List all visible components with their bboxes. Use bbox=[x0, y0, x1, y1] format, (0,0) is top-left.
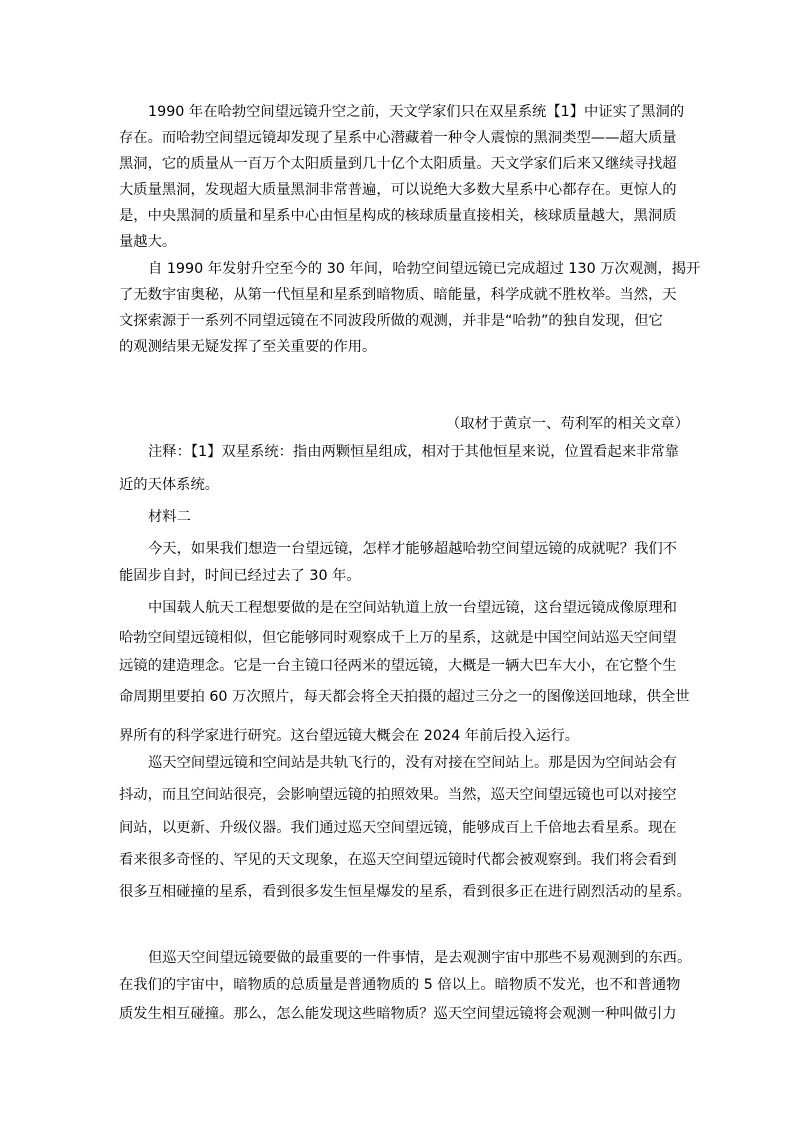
text-line: 近的天体系统。 bbox=[119, 476, 679, 494]
text-line: 命周期里要拍 60 万次照片，每天都会将全天拍摄的超过三分之一的图像送回地球，供… bbox=[119, 688, 679, 706]
text-line: 黑洞，它的质量从一百万个太阳质量到几十亿个太阳质量。天文学家们后来又继续寻找超 bbox=[119, 155, 679, 173]
text-line: 1990 年在哈勃空间望远镜升空之前，天文学家们只在双星系统【1】中证实了黑洞的 bbox=[148, 103, 708, 121]
text-line: 自 1990 年发射升空至今的 30 年间，哈勃空间望远镜已完成超过 130 万… bbox=[148, 260, 708, 278]
text-line: 文探索源于一系列不同望远镜在不同波段所做的观测，并非是“哈勃”的独自发现，但它 bbox=[119, 312, 679, 330]
text-line: 的观测结果无疑发挥了至关重要的作用。 bbox=[119, 338, 679, 356]
text-line: 哈勃空间望远镜相似，但它能够同时观察成千上万的星系，这就是中国空间站巡天空间望 bbox=[119, 629, 679, 647]
text-line: 远镜的建造理念。它是一台主镜口径两米的望远镜，大概是一辆大巴车大小，在它整个生 bbox=[119, 657, 679, 675]
text-line: 存在。而哈勃空间望远镜却发现了星系中心潜藏着一种令人震惊的黑洞类型——超大质量 bbox=[119, 129, 679, 147]
text-line: 材料二 bbox=[148, 508, 708, 526]
text-line: 中国载人航天工程想要做的是在空间站轨道上放一台望远镜，这台望远镜成像原理和 bbox=[148, 599, 708, 617]
text-line: 看来很多奇怪的、罕见的天文现象，在巡天空间望远镜时代都会被观察到。我们将会看到 bbox=[119, 851, 679, 869]
text-line: 今天，如果我们想造一台望远镜，怎样才能够超越哈勃空间望远镜的成就呢？我们不 bbox=[148, 540, 708, 558]
text-line: 能固步自封，时间已经过去了 30 年。 bbox=[119, 567, 679, 585]
text-line: 巡天空间望远镜和空间站是共轨飞行的，没有对接在空间站上。那是因为空间站会有 bbox=[148, 754, 708, 772]
text-line: 很多互相碰撞的星系，看到很多发生恒星爆发的星系，看到很多正在进行剧烈活动的星系。 bbox=[119, 883, 679, 901]
text-line: 在我们的宇宙中，暗物质的总质量是普通物质的 5 倍以上。暗物质不发光，也不和普通… bbox=[119, 976, 679, 994]
text-line: 抖动，而且空间站很亮，会影响望远镜的拍照效果。当然，巡天空间望远镜也可以对接空 bbox=[119, 786, 679, 804]
text-line: 但巡天空间望远镜要做的最重要的一件事情，是去观测宇宙中那些不易观测到的东西。 bbox=[148, 949, 708, 967]
text-line: 质发生相互碰撞。那么，怎么能发现这些暗物质？巡天空间望远镜将会观测一种叫做引力 bbox=[119, 1005, 679, 1023]
text-line: 间站，以更新、升级仪器。我们通过巡天空间望远镜，能够成百上千倍地去看星系。现在 bbox=[119, 819, 679, 837]
text-line: 注释：【1】双星系统：指由两颗恒星组成，相对于其他恒星来说，位置看起来非常靠 bbox=[148, 443, 708, 461]
text-line: 界所有的科学家进行研究。这台望远镜大概会在 2024 年前后投入运行。 bbox=[119, 727, 679, 745]
text-line: 大质量黑洞，发现超大质量黑洞非常普遍，可以说绝大多数大星系中心都存在。更惊人的 bbox=[119, 181, 679, 199]
text-line: 是，中央黑洞的质量和星系中心由恒星构成的核球质量直接相关，核球质量越大，黑洞质 bbox=[119, 207, 679, 225]
text-line: 量越大。 bbox=[119, 233, 679, 251]
text-line: 了无数宇宙奥秘，从第一代恒星和星系到暗物质、暗能量，科学成就不胜枚举。当然，天 bbox=[119, 286, 679, 304]
source-citation: （取材于黄京一、苟利军的相关文章） bbox=[446, 415, 689, 433]
